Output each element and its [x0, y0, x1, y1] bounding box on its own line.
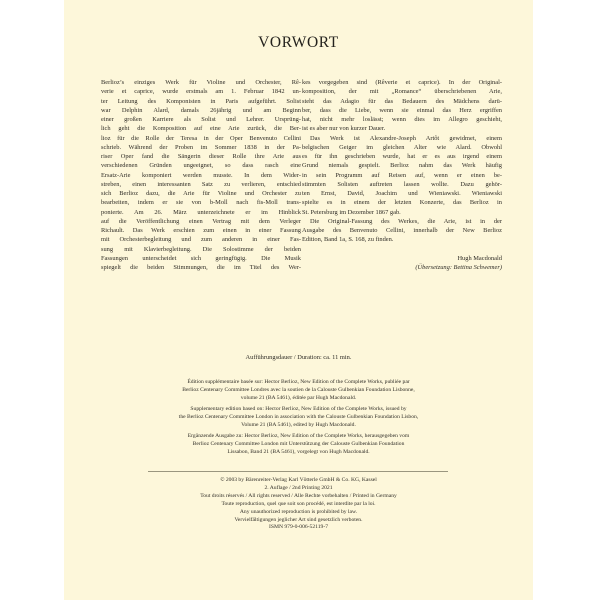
translator-credit: (Übersetzung: Bettina Schwemer) — [302, 263, 502, 272]
text-line: Berlioz Centenary Committee Londres avec… — [64, 386, 533, 394]
text-line: lioz für die Rolle der Teresa in der Ope… — [101, 134, 301, 143]
document-page: VORWORT Berlioz’s einziges Werk für Viol… — [64, 0, 533, 600]
text-line: es für ihn geschrieben wurde, hat er es … — [302, 152, 502, 161]
text-line: komposition, der mit „Romance“ überschri… — [302, 87, 502, 96]
copyright-block: © 2003 by Bärenreiter-Verlag Karl Vötter… — [64, 477, 533, 532]
text-line: ISMN 979-0-006-52119-7 — [64, 524, 533, 532]
text-line: Richault. Das Werk erschien zum einen in… — [101, 226, 301, 235]
text-line: volume 21 (BA 5461), éditée par Hugh Mac… — [64, 394, 533, 402]
text-line: Das Werk ist Alexandre-Joseph Artôt gewi… — [302, 134, 502, 143]
text-line: verschiedenen Gründen ungeeignet, so das… — [101, 161, 301, 170]
text-line: Volume 21 (BA 5461), edited by Hugh Macd… — [64, 421, 533, 429]
duration-note: Aufführungsdauer / Duration: ca. 11 min. — [64, 354, 533, 361]
text-line: ist es aber nur von kurzer Dauer. — [302, 124, 502, 133]
right-column: kes vorgegeben sind (Rêverie et caprice)… — [302, 78, 502, 272]
text-line: hat, nicht mehr loslässt; wenn dies im A… — [302, 115, 502, 124]
text-line: Grund niemals gespielt. Berlioz nahm das… — [302, 161, 502, 170]
text-line: Any unauthorized reproduction is prohibi… — [64, 509, 533, 517]
author-signature: Hugh Macdonald — [302, 254, 502, 263]
text-line: 2. Auflage / 2nd Printing 2021 — [64, 485, 533, 493]
text-line: Ergänzende Ausgabe zu: Hector Berlioz, N… — [64, 432, 533, 440]
edition-note-french: Édition supplémentaire basée sur: Hector… — [64, 378, 533, 403]
text-line: streben, einen interessanten Satz zu ver… — [101, 180, 301, 189]
text-line: Edition, Band 1a, S. 168, zu finden. — [302, 235, 502, 244]
text-line: sung mit Klavierbegleitung. Die Solostim… — [101, 245, 301, 254]
text-line: war Delphin Alard, damals 26jährig und a… — [101, 106, 301, 115]
text-line: spielte es in einem der letzten Konzerte… — [302, 198, 502, 207]
text-line: ter Leitung des Komponisten in Paris auf… — [101, 97, 301, 106]
text-line: Lissabon, Band 21 (BA 5461), vorgelegt v… — [64, 448, 533, 456]
text-line: Ersatz-Arie komponiert werden musste. In… — [101, 171, 301, 180]
text-line: bearbeiten, indem er sie von b-Moll nach… — [101, 198, 301, 207]
text-line: St. Petersburg im Dezember 1867 gab. — [302, 208, 502, 217]
text-line: verie et caprice, wurde erstmals am 1. F… — [101, 87, 301, 96]
text-line: lich geht die Komposition auf eine Arie … — [101, 124, 301, 133]
edition-note-german: Ergänzende Ausgabe zu: Hector Berlioz, N… — [64, 432, 533, 457]
text-line: steht das Adagio für das Bedauern des Mä… — [302, 97, 502, 106]
text-line: kes vorgegeben sind (Rêverie et caprice)… — [302, 78, 502, 87]
text-line: spiegelt die beiden Stimmungen, die im T… — [101, 263, 301, 272]
text-line: Die Original-Fassung des Werkes, die Ari… — [302, 217, 502, 226]
paragraph-right-3: Die Original-Fassung des Werkes, die Ari… — [302, 217, 502, 245]
paragraph-right-2: Das Werk ist Alexandre-Joseph Artôt gewi… — [302, 134, 502, 217]
text-line: einer großen Karriere als Solist und Leh… — [101, 115, 301, 124]
divider-rule — [148, 471, 448, 472]
text-line: schrieb. Während der Proben im Sommer 18… — [101, 143, 301, 152]
text-line: Supplementary edition based on: Hector B… — [64, 405, 533, 413]
text-line: Tout droits réservés / All rights reserv… — [64, 493, 533, 501]
text-line: Toute reproduction, quel que soit son pr… — [64, 501, 533, 509]
paragraph-right-1: kes vorgegeben sind (Rêverie et caprice)… — [302, 78, 502, 134]
text-line: in sein Programm auf Reisen auf, wenn er… — [302, 171, 502, 180]
text-line: Ausgabe des Benvenuto Cellini, innerhalb… — [302, 226, 502, 235]
edition-note-english: Supplementary edition based on: Hector B… — [64, 405, 533, 430]
text-line: ten Ernst, David, Joachim und Wieniawski… — [302, 189, 502, 198]
text-line: sich Berlioz dazu, die Arie für Violine … — [101, 189, 301, 198]
text-line: stimmten Solisten auftreten lassen wollt… — [302, 180, 502, 189]
text-line: ponierte. Am 26. März unterzeichnete er … — [101, 208, 301, 217]
text-line: © 2003 by Bärenreiter-Verlag Karl Vötter… — [64, 477, 533, 485]
text-line: mit Orchesterbegleitung und zum anderen … — [101, 235, 301, 244]
text-line: Fassungen unterscheidet sich geringfügig… — [101, 254, 301, 263]
text-line: Berlioz Centenary Committee London mit U… — [64, 440, 533, 448]
text-line: ber, dass die Liebe, wenn sie einmal das… — [302, 106, 502, 115]
text-line: the Berlioz Centenary Committee London i… — [64, 413, 533, 421]
left-column: Berlioz’s einziges Werk für Violine und … — [101, 78, 301, 272]
text-line: Édition supplémentaire basée sur: Hector… — [64, 378, 533, 386]
page-title: VORWORT — [64, 34, 533, 52]
text-line: Berlioz’s einziges Werk für Violine und … — [101, 78, 301, 87]
text-line: riser Oper fand die Sängerin dieser Roll… — [101, 152, 301, 161]
text-line: Vervielfältigungen jeglicher Art sind ge… — [64, 517, 533, 525]
text-line: auf die Veröffentlichung einen Vertrag m… — [101, 217, 301, 226]
text-line: belgischen Geiger im gleichen Alter wie … — [302, 143, 502, 152]
